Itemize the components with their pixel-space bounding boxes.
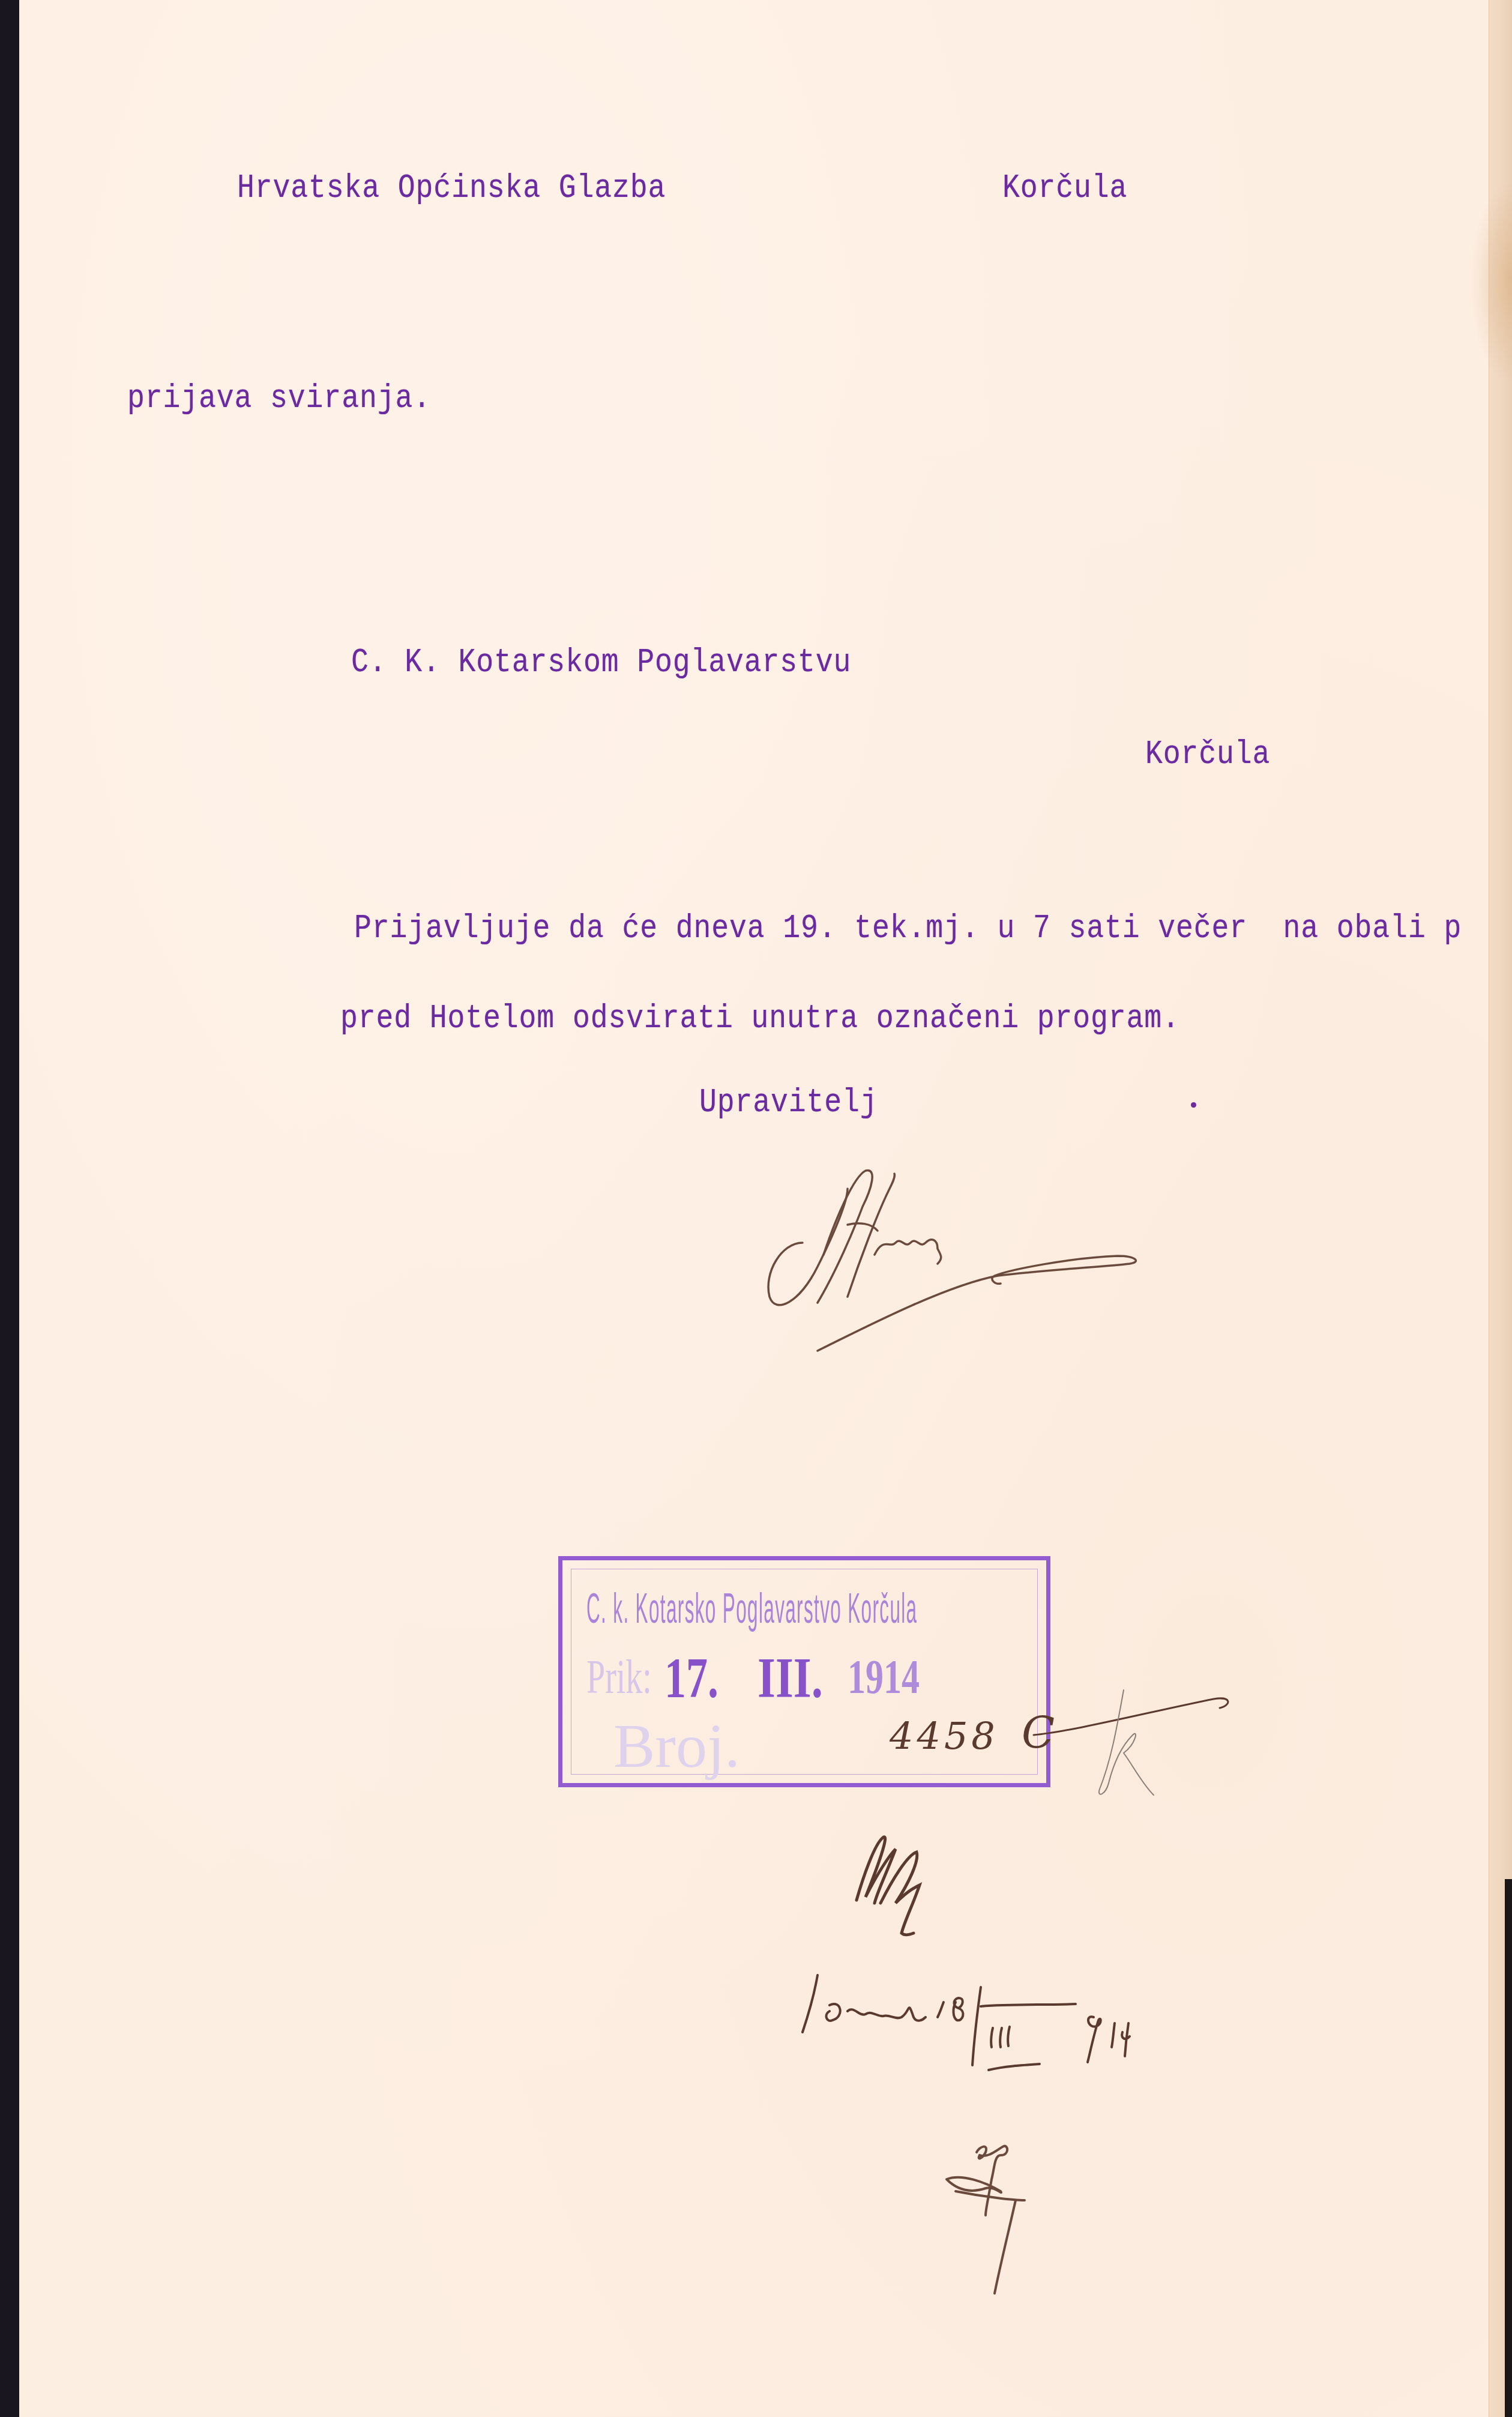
body-line-2: pred Hotelom odsvirati unutra označeni p… — [340, 1001, 1180, 1035]
paraph-icon — [944, 2131, 1064, 2311]
body-line-1: Prijavljuje da će dneva 19. tek.mj. u 7 … — [354, 911, 1462, 945]
stamp-day: 17. — [664, 1644, 718, 1711]
place-date-handwriting-icon — [794, 1963, 1250, 2077]
sender-place: Korčula — [1002, 171, 1127, 205]
margin-mark-icon — [1034, 1687, 1250, 1807]
paper-stain — [1470, 180, 1512, 384]
recipient-name: C. K. Kotarskom Poglavarstvu — [351, 645, 851, 679]
recipient-place: Korčula — [1145, 737, 1270, 771]
stamp-number-label: Broj. — [613, 1710, 740, 1782]
stamp-year: 1914 — [848, 1650, 920, 1705]
signature-icon — [758, 1153, 1178, 1345]
ink-dot — [1191, 1102, 1196, 1108]
scan-background-edge — [1505, 1879, 1512, 2417]
document-page: Hrvatska Općinska Glazba Korčula prijava… — [19, 0, 1512, 2417]
stamp-month: III. — [758, 1644, 823, 1711]
stamp-received-label: Prik: — [586, 1650, 652, 1705]
sender-name: Hrvatska Općinska Glazba — [237, 171, 666, 205]
stamp-authority: C. k. Kotarsko Poglavarstvo Korčula — [586, 1584, 917, 1632]
subject-line: prijava sviranja. — [127, 381, 431, 415]
registry-number: 4458 — [890, 1714, 999, 1758]
closing-title: Upravitelj — [699, 1085, 878, 1119]
initials-icon — [836, 1831, 956, 1951]
